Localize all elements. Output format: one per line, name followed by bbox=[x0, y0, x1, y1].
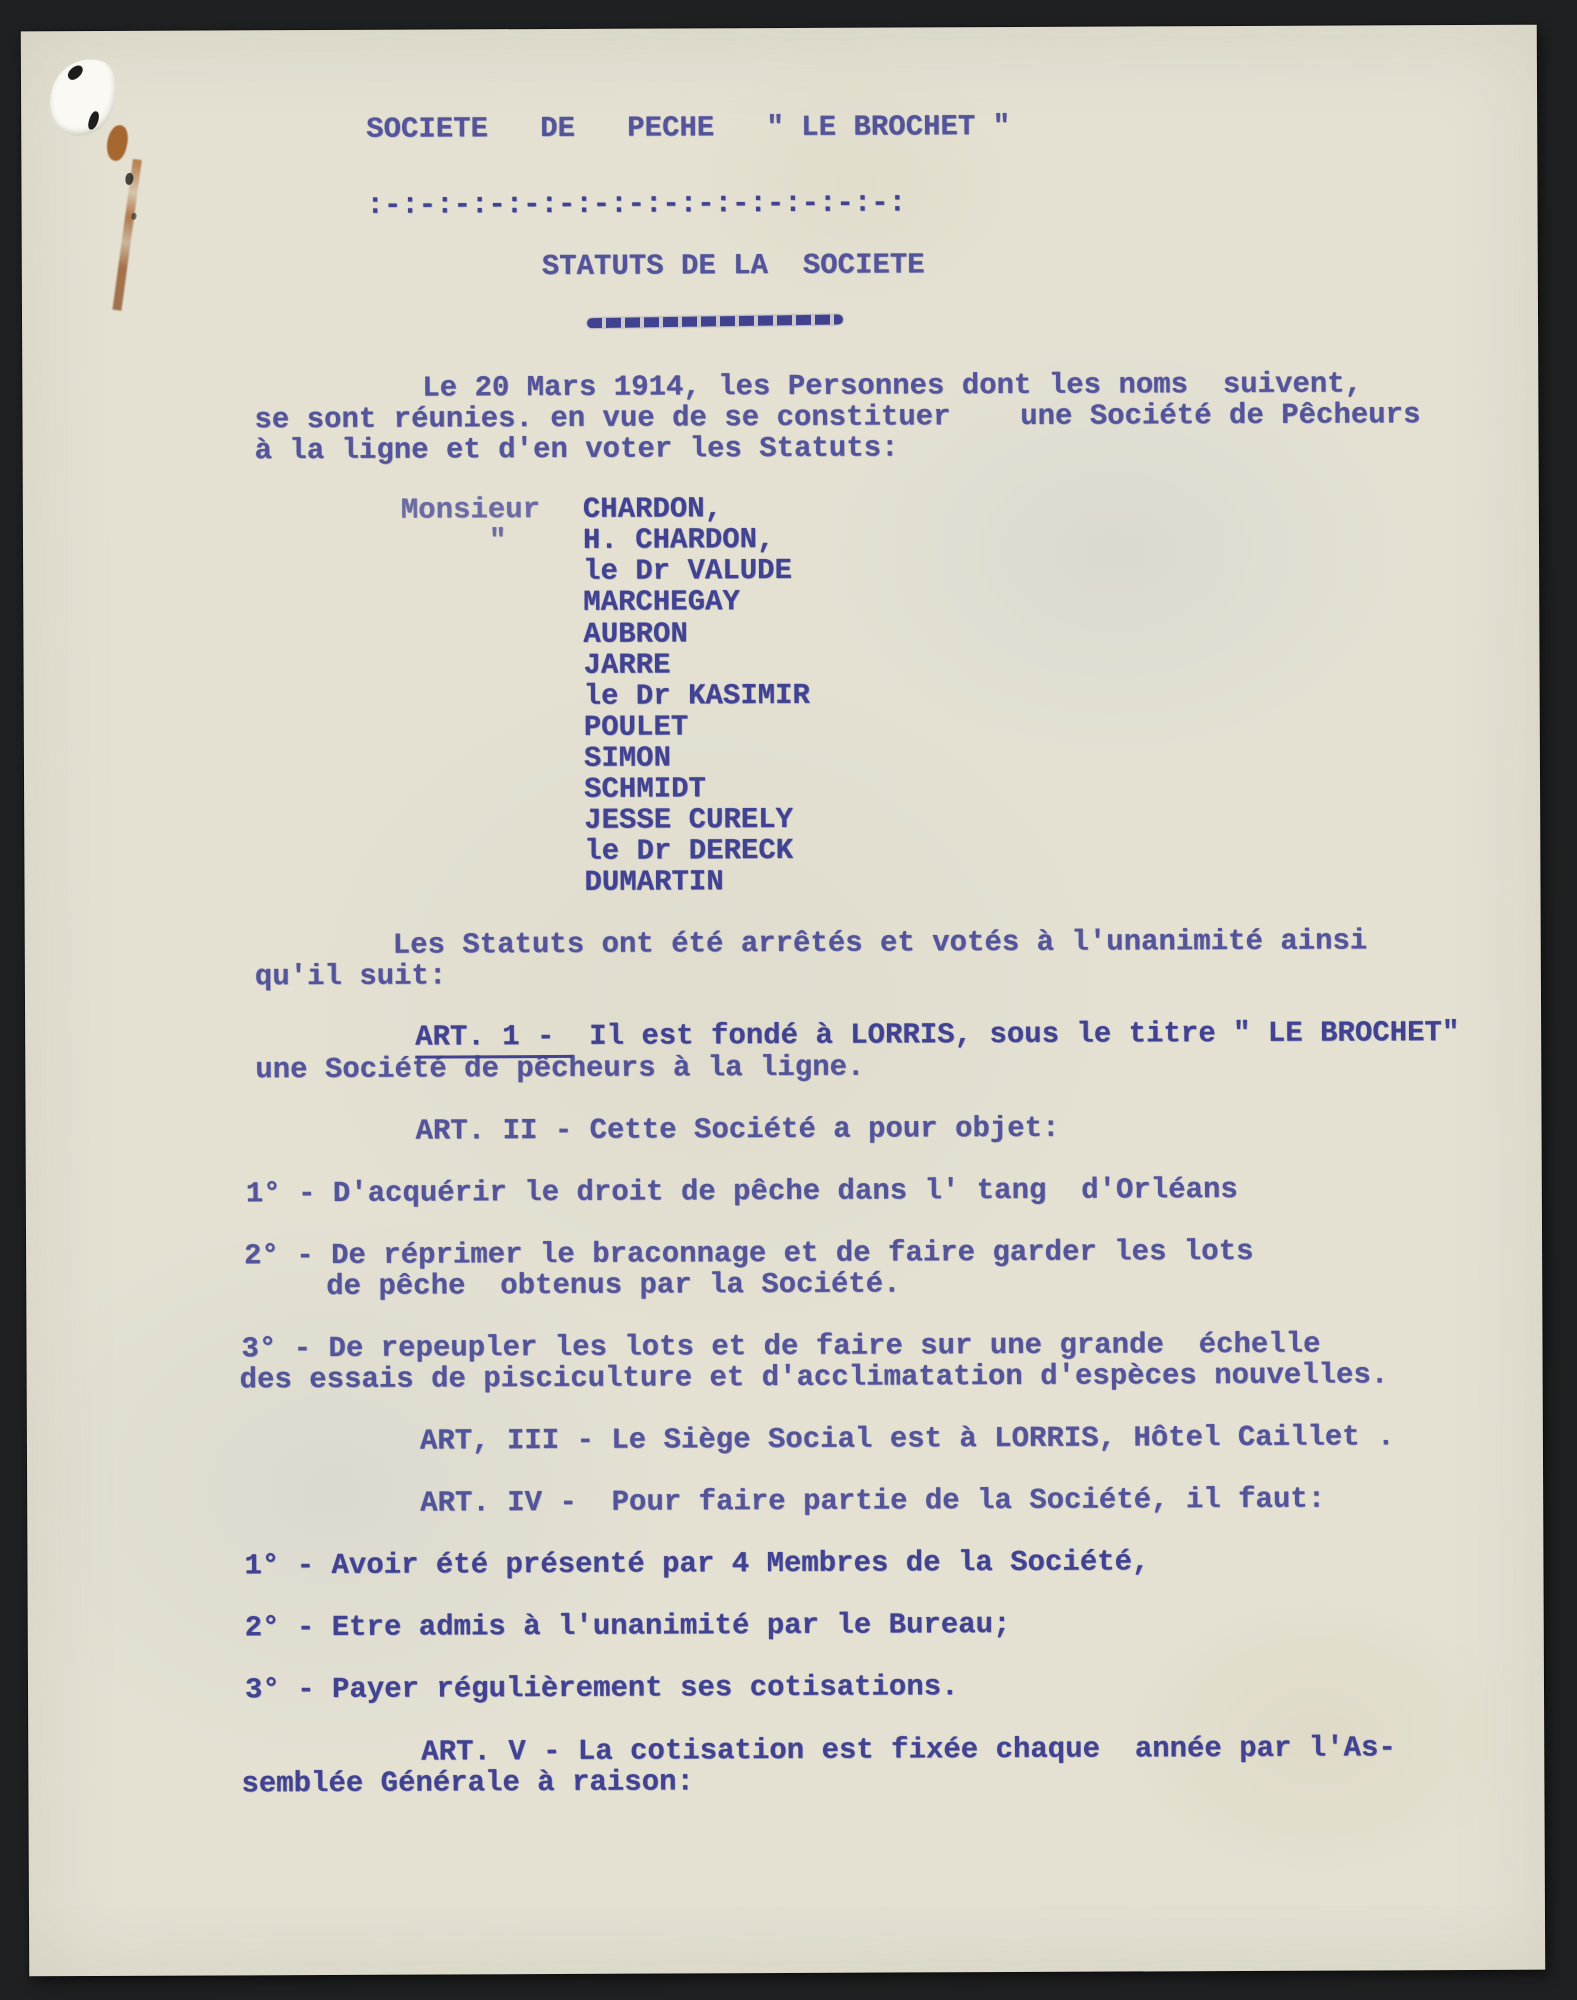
ditto-mark: " bbox=[489, 525, 507, 556]
article-5-line-1: ART. V - La cotisation est fixée chaque … bbox=[421, 1732, 1396, 1767]
member-name: MARCHEGAY bbox=[583, 586, 740, 618]
article-4-item-2: 2° - Etre admis à l'unanimité par le Bur… bbox=[245, 1609, 1011, 1643]
member-name: SCHMIDT bbox=[584, 773, 706, 805]
member-name: le Dr VALUDE bbox=[583, 555, 792, 587]
member-name: POULET bbox=[584, 711, 689, 742]
document-title: SOCIETE DE PECHE " LE BROCHET " bbox=[366, 111, 1010, 145]
member-name: CHARDON, bbox=[583, 493, 722, 525]
title-separator: :-:-:-:-:-:-:-:-:-:-:-:-:-:-:-: bbox=[366, 187, 906, 220]
member-name: SIMON bbox=[584, 742, 671, 773]
member-name: JARRE bbox=[583, 649, 670, 680]
article-4-item-3: 3° - Payer régulièrement ses cotisations… bbox=[245, 1671, 959, 1705]
rust-stain bbox=[104, 123, 131, 162]
paper-sheet: SOCIETE DE PECHE " LE BROCHET " :-:-:-:-… bbox=[21, 25, 1545, 1977]
article-3-line: ART, III - Le Siège Social est à LORRIS,… bbox=[420, 1421, 1395, 1456]
member-name: JESSE CURELY bbox=[584, 804, 793, 836]
resolution-line-1: Les Statuts ont été arrêtés et votés à l… bbox=[393, 925, 1368, 960]
article-2-heading: ART. II - Cette Société a pour objet: bbox=[415, 1113, 1059, 1147]
article-2-item-2-line-2: de pêche obtenus par la Société. bbox=[326, 1268, 900, 1302]
intro-line-3: à la ligne et d'en voter les Statuts: bbox=[255, 432, 899, 466]
rust-speck bbox=[132, 213, 137, 220]
members-label: Monsieur bbox=[401, 494, 540, 526]
article-2-item-2-line-1: 2° - De réprimer le braconnage et de fai… bbox=[244, 1236, 1254, 1271]
divider-line bbox=[587, 314, 843, 328]
member-name: le Dr KASIMIR bbox=[584, 680, 810, 712]
member-name: AUBRON bbox=[583, 618, 688, 649]
document-subtitle: STATUTS DE LA SOCIETE bbox=[542, 249, 925, 282]
article-2-item-3-line-2: des essais de pisciculture et d'acclimat… bbox=[240, 1359, 1389, 1395]
article-4-item-1: 1° - Avoir été présenté par 4 Membres de… bbox=[244, 1546, 1149, 1581]
article-5-line-2: semblée Générale à raison: bbox=[241, 1766, 694, 1799]
member-name: le Dr DERECK bbox=[584, 835, 793, 867]
article-1-text: Il est fondé à LORRIS, sous le titre " L… bbox=[572, 1016, 1460, 1053]
article-1-line-2: une Société de pêcheurs à la ligne. bbox=[255, 1052, 864, 1086]
member-name: H. CHARDON, bbox=[583, 524, 775, 556]
article-4-heading: ART. IV - Pour faire partie de la Sociét… bbox=[420, 1484, 1325, 1519]
article-1-line-1: ART. 1 - Il est fondé à LORRIS, sous le … bbox=[415, 1017, 1459, 1053]
member-name: DUMARTIN bbox=[584, 866, 723, 898]
intro-line-2: se sont réunies. en vue de se constituer… bbox=[254, 399, 1420, 435]
photo-of-document: { "page": { "background_color": "#1f2021… bbox=[0, 0, 1577, 2000]
resolution-line-2: qu'il suit: bbox=[255, 960, 447, 992]
article-2-item-1: 1° - D'acquérir le droit de pêche dans l… bbox=[246, 1174, 1238, 1209]
